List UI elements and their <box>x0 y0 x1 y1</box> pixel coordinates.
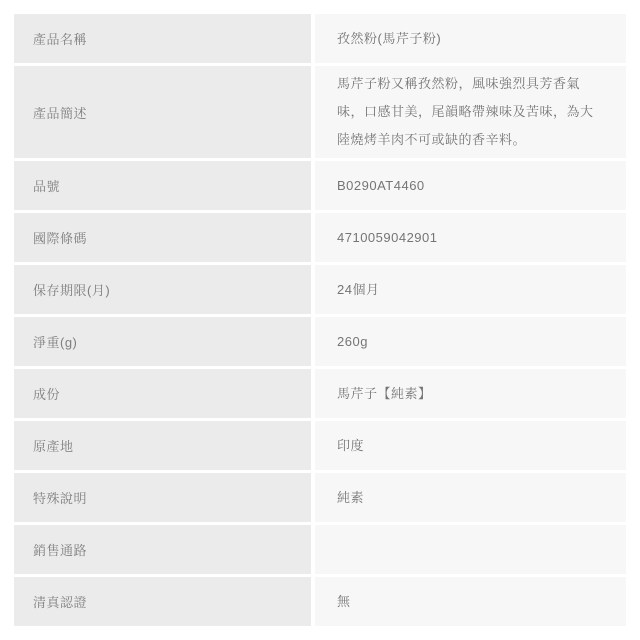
row-label: 特殊說明 <box>14 473 311 522</box>
row-label: 成份 <box>14 369 311 418</box>
row-label: 國際條碼 <box>14 213 311 262</box>
table-row: 保存期限(月) 24個月 <box>14 265 626 314</box>
row-value: 馬芹子【純素】 <box>315 369 626 418</box>
row-value: 印度 <box>315 421 626 470</box>
table-row: 原產地 印度 <box>14 421 626 470</box>
table-row: 銷售通路 <box>14 525 626 574</box>
row-label: 產品簡述 <box>14 66 311 158</box>
table-row: 清真認證 無 <box>14 577 626 626</box>
table-row: 產品簡述 馬芹子粉又稱孜然粉，風味強烈具芳香氣味，口感甘美，尾韻略帶辣味及苦味，… <box>14 66 626 158</box>
table-row: 產品名稱 孜然粉(馬芹子粉) <box>14 14 626 63</box>
table-row: 成份 馬芹子【純素】 <box>14 369 626 418</box>
table-row: 品號 B0290AT4460 <box>14 161 626 210</box>
row-label: 產品名稱 <box>14 14 311 63</box>
row-value: 24個月 <box>315 265 626 314</box>
product-spec-table: 產品名稱 孜然粉(馬芹子粉) 產品簡述 馬芹子粉又稱孜然粉，風味強烈具芳香氣味，… <box>14 14 626 626</box>
row-label: 銷售通路 <box>14 525 311 574</box>
row-value <box>315 525 626 574</box>
row-label: 淨重(g) <box>14 317 311 366</box>
row-label: 清真認證 <box>14 577 311 626</box>
row-value: 純素 <box>315 473 626 522</box>
row-label: 保存期限(月) <box>14 265 311 314</box>
row-value: 4710059042901 <box>315 213 626 262</box>
table-row: 淨重(g) 260g <box>14 317 626 366</box>
row-value: 孜然粉(馬芹子粉) <box>315 14 626 63</box>
row-value: B0290AT4460 <box>315 161 626 210</box>
row-label: 品號 <box>14 161 311 210</box>
table-row: 國際條碼 4710059042901 <box>14 213 626 262</box>
table-row: 特殊說明 純素 <box>14 473 626 522</box>
row-label: 原產地 <box>14 421 311 470</box>
row-value: 馬芹子粉又稱孜然粉，風味強烈具芳香氣味，口感甘美，尾韻略帶辣味及苦味，為大陸燒烤… <box>315 66 626 158</box>
product-detail-page: 產品名稱 孜然粉(馬芹子粉) 產品簡述 馬芹子粉又稱孜然粉，風味強烈具芳香氣味，… <box>0 0 640 640</box>
row-value: 260g <box>315 317 626 366</box>
row-value: 無 <box>315 577 626 626</box>
